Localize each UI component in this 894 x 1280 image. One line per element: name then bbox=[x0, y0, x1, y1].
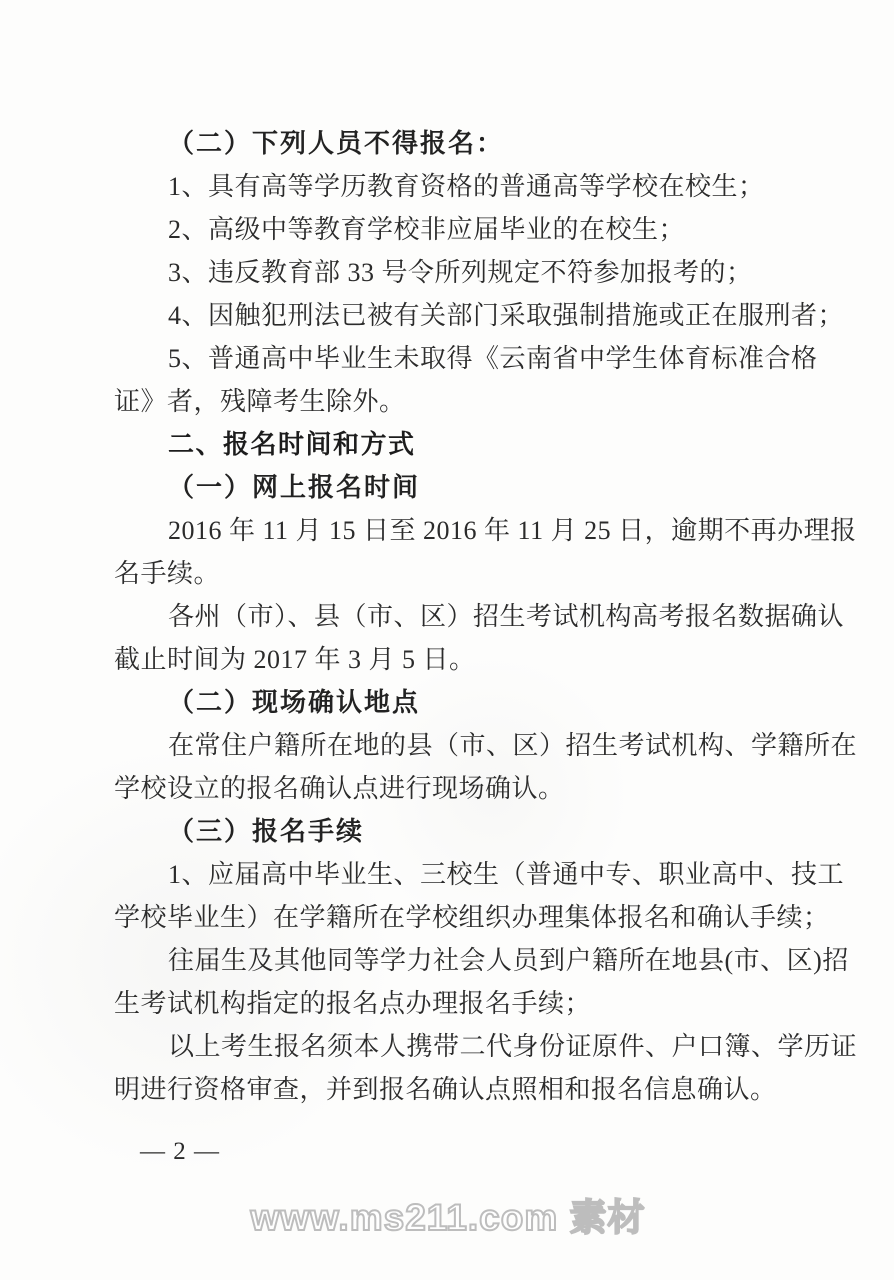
text-line: 明进行资格审查，并到报名确认点照相和报名信息确认。 bbox=[114, 1068, 804, 1111]
paragraph: 2016 年 11 月 15 日至 2016 年 11 月 25 日，逾期不再办… bbox=[114, 509, 804, 595]
text-line: 各州（市）、县（市、区）招生考试机构高考报名数据确认 bbox=[114, 595, 804, 638]
text-line: 以上考生报名须本人携带二代身份证原件、户口簿、学历证 bbox=[114, 1025, 804, 1068]
paragraph: 各州（市）、县（市、区）招生考试机构高考报名数据确认截止时间为 2017 年 3… bbox=[114, 595, 804, 681]
sub-heading: （二）现场确认地点 bbox=[114, 681, 804, 724]
paragraph: 在常住户籍所在地的县（市、区）招生考试机构、学籍所在学校设立的报名确认点进行现场… bbox=[114, 724, 804, 810]
text-line: （二）现场确认地点 bbox=[114, 681, 804, 724]
document-body: （二）下列人员不得报名：1、具有高等学历教育资格的普通高等学校在校生；2、高级中… bbox=[114, 122, 804, 1111]
text-line: 1、具有高等学历教育资格的普通高等学校在校生； bbox=[114, 165, 804, 208]
sub-heading: （一）网上报名时间 bbox=[114, 466, 804, 509]
page-number: — 2 — bbox=[140, 1138, 220, 1166]
paragraph: 2、高级中等教育学校非应届毕业的在校生； bbox=[114, 208, 804, 251]
sub-heading: （二）下列人员不得报名： bbox=[114, 122, 804, 165]
text-line: 学校设立的报名确认点进行现场确认。 bbox=[114, 767, 804, 810]
watermark-text: www.ms211.com 素材 bbox=[250, 1196, 645, 1240]
text-line: 学校毕业生）在学籍所在学校组织办理集体报名和确认手续； bbox=[114, 896, 804, 939]
text-line: 在常住户籍所在地的县（市、区）招生考试机构、学籍所在 bbox=[114, 724, 804, 767]
sub-heading: （三）报名手续 bbox=[114, 810, 804, 853]
text-line: 2016 年 11 月 15 日至 2016 年 11 月 25 日，逾期不再办… bbox=[114, 509, 804, 552]
text-line: 5、普通高中毕业生未取得《云南省中学生体育标准合格 bbox=[114, 337, 804, 380]
text-line: 名手续。 bbox=[114, 552, 804, 595]
paragraph: 1、应届高中毕业生、三校生（普通中专、职业高中、技工学校毕业生）在学籍所在学校组… bbox=[114, 853, 804, 939]
document-page: （二）下列人员不得报名：1、具有高等学历教育资格的普通高等学校在校生；2、高级中… bbox=[0, 0, 894, 1280]
text-line: 证》者，残障考生除外。 bbox=[114, 380, 804, 423]
paragraph: 4、因触犯刑法已被有关部门采取强制措施或正在服刑者； bbox=[114, 294, 804, 337]
text-line: （二）下列人员不得报名： bbox=[114, 122, 804, 165]
paragraph: 往届生及其他同等学力社会人员到户籍所在地县(市、区)招生考试机构指定的报名点办理… bbox=[114, 939, 804, 1025]
text-line: 1、应届高中毕业生、三校生（普通中专、职业高中、技工 bbox=[114, 853, 804, 896]
text-line: 二、报名时间和方式 bbox=[114, 423, 804, 466]
section-heading: 二、报名时间和方式 bbox=[114, 423, 804, 466]
paragraph: 5、普通高中毕业生未取得《云南省中学生体育标准合格证》者，残障考生除外。 bbox=[114, 337, 804, 423]
text-line: 往届生及其他同等学力社会人员到户籍所在地县(市、区)招 bbox=[114, 939, 804, 982]
text-line: 3、违反教育部 33 号令所列规定不符参加报考的； bbox=[114, 251, 804, 294]
text-line: 截止时间为 2017 年 3 月 5 日。 bbox=[114, 638, 804, 681]
text-line: 生考试机构指定的报名点办理报名手续； bbox=[114, 982, 804, 1025]
text-line: 2、高级中等教育学校非应届毕业的在校生； bbox=[114, 208, 804, 251]
text-line: （一）网上报名时间 bbox=[114, 466, 804, 509]
text-line: （三）报名手续 bbox=[114, 810, 804, 853]
text-line: 4、因触犯刑法已被有关部门采取强制措施或正在服刑者； bbox=[114, 294, 804, 337]
paragraph: 1、具有高等学历教育资格的普通高等学校在校生； bbox=[114, 165, 804, 208]
paragraph: 以上考生报名须本人携带二代身份证原件、户口簿、学历证明进行资格审查，并到报名确认… bbox=[114, 1025, 804, 1111]
paragraph: 3、违反教育部 33 号令所列规定不符参加报考的； bbox=[114, 251, 804, 294]
